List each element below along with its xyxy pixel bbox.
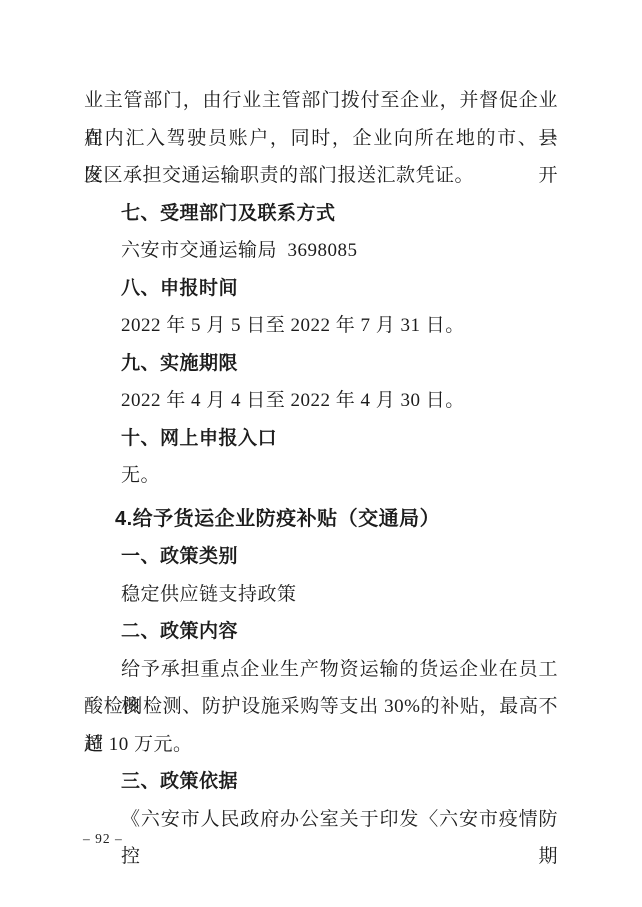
content-para-line-3: 过 10 万元。 xyxy=(84,726,558,764)
policy-title: 4.给予货运企业防疫补贴（交通局） xyxy=(84,501,558,539)
document-page: 业主管部门，由行业主管部门拨付至企业，并督促企业在一 周内汇入驾驶员账户，同时，… xyxy=(0,0,642,907)
accept-dept-contact: 六安市交通运输局 3698085 xyxy=(84,232,558,270)
paragraph-transfer-line-1: 业主管部门，由行业主管部门拨付至企业，并督促企业在一 xyxy=(84,82,558,120)
paragraph-transfer-line-2: 周内汇入驾驶员账户，同时，企业向所在地的市、县区、开 xyxy=(84,120,558,158)
content-para-line-1: 给予承担重点企业生产物资运输的货运企业在员工核 xyxy=(84,651,558,689)
heading-accept-dept: 七、受理部门及联系方式 xyxy=(84,195,558,233)
apply-time-value: 2022 年 5 月 5 日至 2022 年 7 月 31 日。 xyxy=(84,307,558,345)
content-para-line-2: 酸检测检测、防护设施采购等支出 30%的补贴，最高不超 xyxy=(84,688,558,726)
heading-impl-period: 九、实施期限 xyxy=(84,345,558,383)
impl-period-value: 2022 年 4 月 4 日至 2022 年 4 月 30 日。 xyxy=(84,382,558,420)
heading-online-entry: 十、网上申报入口 xyxy=(84,420,558,458)
basis-line-1: 《六安市人民政府办公室关于印发〈六安市疫情防控期 xyxy=(84,801,558,839)
heading-content: 二、政策内容 xyxy=(84,613,558,651)
category-value: 稳定供应链支持政策 xyxy=(84,576,558,614)
heading-apply-time: 八、申报时间 xyxy=(84,270,558,308)
page-number: – 92 – xyxy=(83,831,123,847)
online-entry-value: 无。 xyxy=(84,457,558,495)
heading-basis: 三、政策依据 xyxy=(84,763,558,801)
heading-category: 一、政策类别 xyxy=(84,538,558,576)
document-body: 业主管部门，由行业主管部门拨付至企业，并督促企业在一 周内汇入驾驶员账户，同时，… xyxy=(84,82,558,838)
